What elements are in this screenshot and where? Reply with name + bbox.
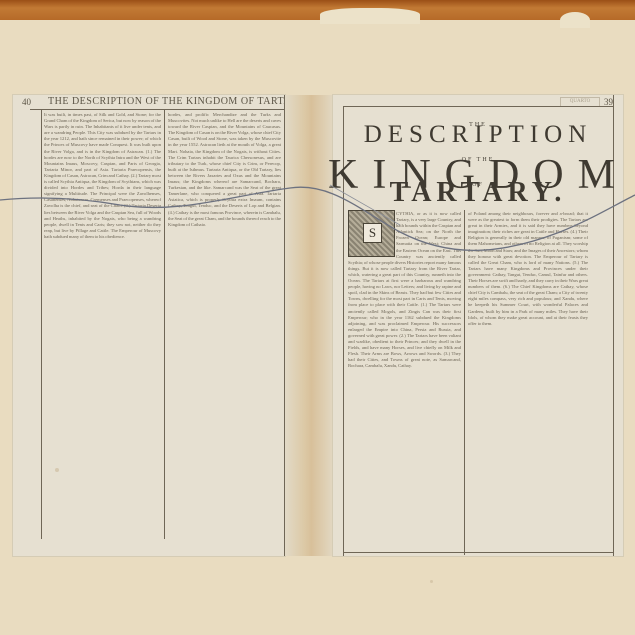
foxing-spot [430,580,433,583]
paper-crease [0,0,635,635]
foxing-spot [55,468,59,472]
